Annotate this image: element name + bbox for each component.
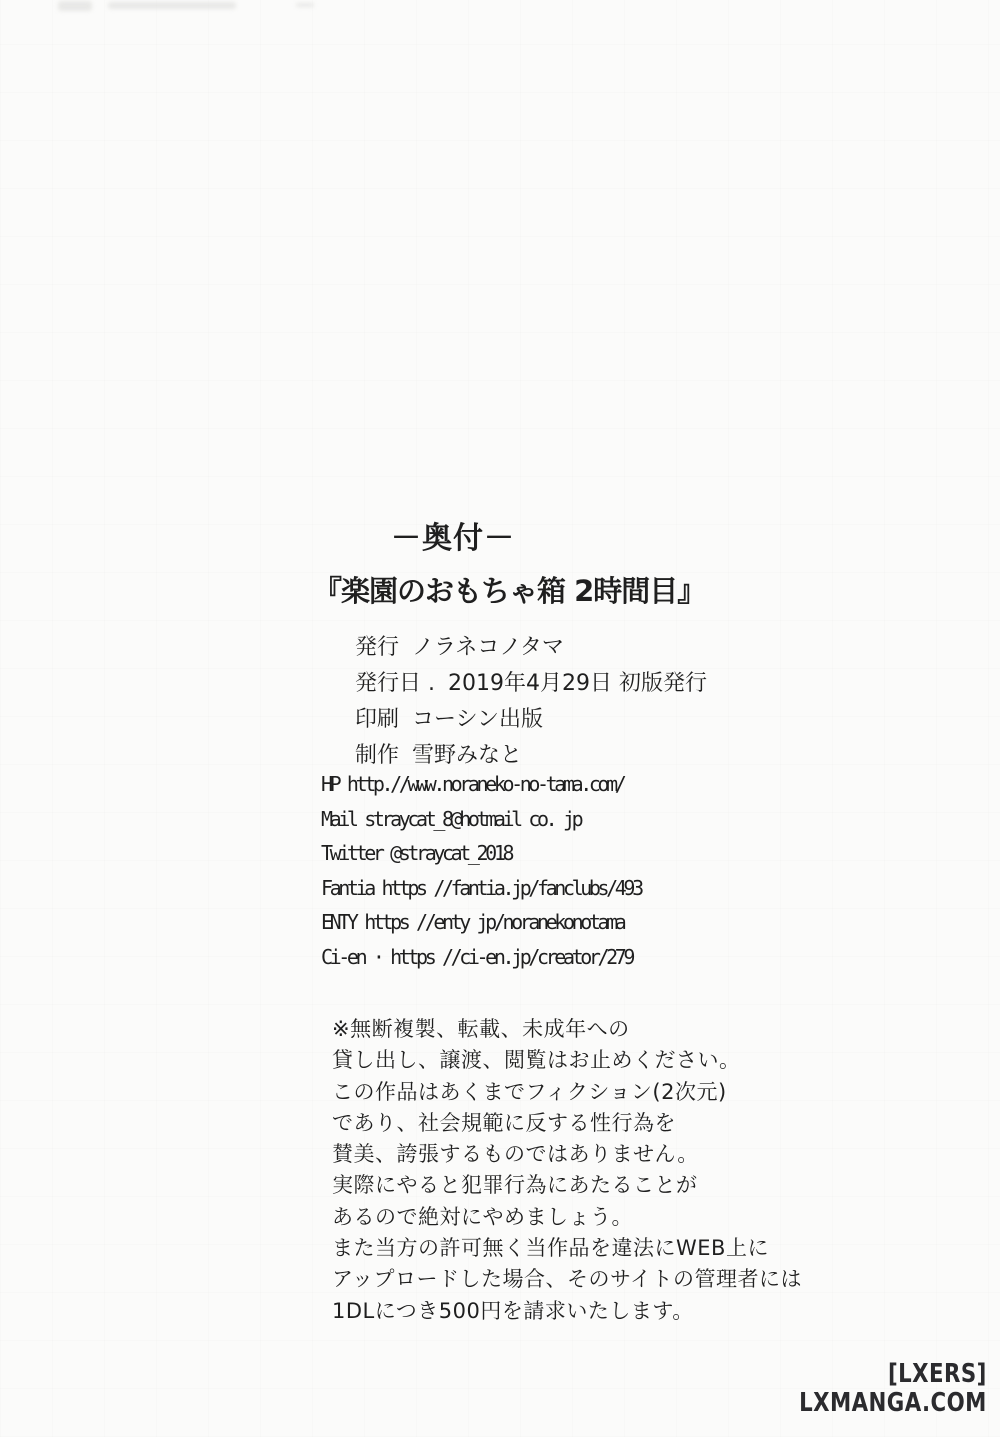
cien-url-line: Ci-en · https //ci-en.jp/creator/279: [321, 940, 641, 975]
colophon-row-publisher: 発行 ノラネコノタマ: [355, 630, 707, 666]
colophon-row-printer: 印刷 コーシン出版: [355, 702, 707, 738]
disclaimer-line: 実際にやると犯罪行為にあたることが: [332, 1170, 802, 1201]
printer-value: コーシン出版: [412, 702, 543, 738]
disclaimer-line: また当方の許可無く当作品を違法にWEB上に: [332, 1233, 802, 1264]
disclaimer-line: ※無断複製、転載、未成年への: [332, 1014, 802, 1045]
disclaimer-line: 貸し出し、譲渡、閲覧はお止めください。: [332, 1045, 802, 1076]
disclaimer-line: 賛美、誇張するものではありません。: [332, 1139, 802, 1170]
book-title: 『楽園のおもちゃ箱 2時間目』: [313, 569, 705, 610]
enty-url-line: ENTY https //enty jp/noranekonotama: [321, 905, 641, 940]
fantia-url-line: Fantia https //fantia.jp/fanclubs/493: [321, 871, 641, 906]
disclaimer-line: あるので絶対にやめましょう。: [332, 1202, 802, 1233]
colophon-heading: －奥付－: [391, 513, 515, 557]
scan-artifact: [108, 2, 236, 9]
disclaimer-line: であり、社会規範に反する性行為を: [332, 1108, 802, 1139]
publish-date-label: 発行日 .: [355, 666, 435, 702]
disclaimer-line: 1DLにつき500円を請求いたします。: [332, 1296, 802, 1327]
scan-artifact: [296, 3, 314, 7]
mail-line: Mail straycat_8@hotmail co. jp: [321, 802, 641, 837]
disclaimer-line: この作品はあくまでフィクション(2次元): [332, 1077, 802, 1108]
watermark-domain: LXMANGA.COM: [799, 1389, 987, 1418]
hp-url-line: HP http.//www.noraneko-no-tama.com/: [321, 767, 641, 802]
site-watermark: [LXERS] LXMANGA.COM: [799, 1360, 987, 1418]
printer-label: 印刷: [355, 702, 399, 738]
publisher-value: ノラネコノタマ: [412, 630, 564, 666]
watermark-tag: [LXERS]: [799, 1360, 987, 1389]
colophon-block: 発行 ノラネコノタマ 発行日 . 2019年4月29日 初版発行 印刷 コーシン…: [355, 630, 707, 774]
scan-artifact: [58, 1, 92, 11]
publisher-label: 発行: [355, 630, 399, 666]
disclaimer-block: ※無断複製、転載、未成年への 貸し出し、譲渡、閲覧はお止めください。 この作品は…: [332, 1014, 802, 1327]
contact-links-block: HP http.//www.noraneko-no-tama.com/ Mail…: [321, 767, 641, 975]
publish-date-value: 2019年4月29日 初版発行: [448, 666, 707, 702]
colophon-row-publish-date: 発行日 . 2019年4月29日 初版発行: [355, 666, 707, 702]
disclaimer-line: アップロードした場合、そのサイトの管理者には: [332, 1264, 802, 1295]
twitter-line: Twitter @straycat_2018: [321, 836, 641, 871]
